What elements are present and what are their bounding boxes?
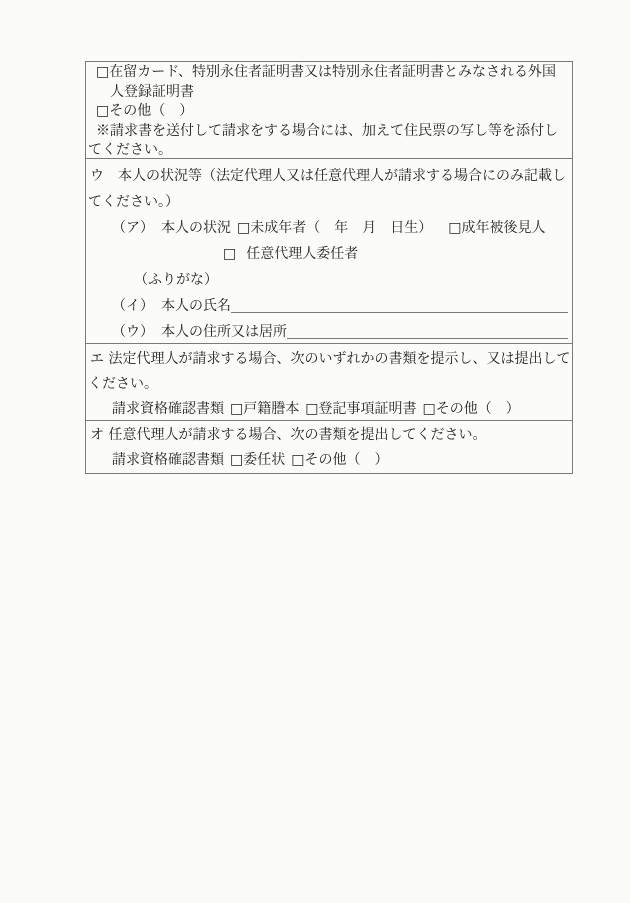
option-label-power-of-attorney: 委任状	[243, 452, 285, 468]
option-label-other-legal-agent-doc: その他（ ）	[436, 401, 520, 417]
section-u-heading-wrap: てください。）	[88, 194, 179, 210]
docs-label-legal-agent: 請求資格確認書類	[112, 401, 224, 417]
option-label-adult-ward: 成年被後見人	[461, 220, 545, 236]
section-heading: エ 法定代理人が請求する場合、次のいずれかの書類を提示し、又は提出して	[90, 347, 572, 372]
option-label-zairyu-card: 在留カード、特別永住者証明書又は特別永住者証明書とみなされる外国	[109, 64, 556, 80]
form-line: □その他（ ）	[96, 102, 572, 122]
principal-address-field[interactable]	[287, 319, 568, 339]
form-line: 請求資格確認書類□委任状□その他（ ）	[112, 448, 572, 473]
checkbox-other-attachment[interactable]: □	[96, 103, 109, 119]
form-line: □在留カード、特別永住者証明書又は特別永住者証明書とみなされる外国	[96, 63, 572, 83]
option-label-koseki-tohon: 戸籍謄本	[243, 401, 299, 417]
form-line: （イ） 本人の氏名	[112, 293, 572, 319]
furigana-label: （ふりがな）	[134, 272, 218, 288]
option-label-other-voluntary-agent-doc: その他（ ）	[304, 452, 388, 468]
form-line: （ア） 本人の状況□未成年者（ 年 月 日生）□成年被後見人	[112, 215, 572, 241]
request-form-table: □在留カード、特別永住者証明書又は特別永住者証明書とみなされる外国 人登録証明書…	[85, 61, 573, 474]
section-heading: ウ 本人の状況等（法定代理人又は任意代理人が請求する場合にのみ記載し	[90, 163, 572, 189]
item-a-label: （ア） 本人の状況	[112, 220, 231, 236]
section-u-heading: ウ 本人の状況等（法定代理人又は任意代理人が請求する場合にのみ記載し	[90, 168, 566, 184]
checkbox-adult-ward[interactable]: □	[448, 220, 461, 236]
section-attached-docs-continued: □在留カード、特別永住者証明書又は特別永住者証明書とみなされる外国 人登録証明書…	[86, 62, 572, 158]
section-heading-wrap: ください。	[88, 372, 572, 397]
checkbox-voluntary-agent-delegator[interactable]: □	[223, 246, 236, 262]
item-u-label: （ウ） 本人の住所又は居所	[112, 319, 287, 343]
checkbox-other-voluntary-agent-doc[interactable]: □	[291, 452, 304, 468]
mail-request-note: ※請求書を送付して請求をする場合には、加えて住民票の写し等を添付し	[96, 123, 558, 139]
mail-request-note-wrap: てください。	[88, 142, 172, 158]
checkbox-zairyu-card[interactable]: □	[96, 64, 109, 80]
section-e-legal-agent: エ 法定代理人が請求する場合、次のいずれかの書類を提示し、又は提出して ください…	[86, 343, 572, 420]
form-line: （ウ） 本人の住所又は居所	[112, 319, 572, 343]
checkbox-other-legal-agent-doc[interactable]: □	[422, 401, 435, 417]
option-label-voluntary-agent-delegator: 任意代理人委任者	[246, 246, 358, 262]
section-o-voluntary-agent: オ 任意代理人が請求する場合、次の書類を提出してください。 請求資格確認書類□委…	[86, 420, 572, 473]
principal-name-field[interactable]	[231, 293, 568, 313]
form-line: 人登録証明書	[110, 83, 572, 103]
section-o-heading: オ 任意代理人が請求する場合、次の書類を提出してください。	[90, 427, 486, 443]
option-label-touki-jikou-shoumeisho: 登記事項証明書	[318, 401, 416, 417]
form-line: □任意代理人委任者	[223, 241, 572, 267]
section-e-heading-wrap: ください。	[88, 376, 158, 392]
section-heading: オ 任意代理人が請求する場合、次の書類を提出してください。	[90, 423, 572, 448]
checkbox-power-of-attorney[interactable]: □	[230, 452, 243, 468]
docs-label-voluntary-agent: 請求資格確認書類	[112, 452, 224, 468]
option-label-other-attachment: その他（ ）	[109, 103, 193, 119]
checkbox-minor[interactable]: □	[237, 220, 250, 236]
checkbox-touki-jikou-shoumeisho[interactable]: □	[305, 401, 318, 417]
furigana-line: （ふりがな）	[134, 267, 572, 293]
checkbox-koseki-tohon[interactable]: □	[230, 401, 243, 417]
document-page: □在留カード、特別永住者証明書又は特別永住者証明書とみなされる外国 人登録証明書…	[0, 0, 630, 903]
note-line: ※請求書を送付して請求をする場合には、加えて住民票の写し等を添付し	[96, 122, 572, 142]
option-label-minor: 未成年者（ 年 月 日生）	[250, 220, 432, 236]
form-line: 請求資格確認書類□戸籍謄本□登記事項証明書□その他（ ）	[112, 397, 572, 420]
item-i-label: （イ） 本人の氏名	[112, 293, 231, 319]
section-e-heading: エ 法定代理人が請求する場合、次のいずれかの書類を提示し、又は提出して	[90, 351, 570, 367]
note-line: てください。	[88, 141, 572, 158]
section-heading-wrap: てください。）	[88, 189, 572, 215]
section-u-principal-status: ウ 本人の状況等（法定代理人又は任意代理人が請求する場合にのみ記載し てください…	[86, 158, 572, 343]
option-label-zairyu-card-wrap: 人登録証明書	[110, 84, 194, 100]
